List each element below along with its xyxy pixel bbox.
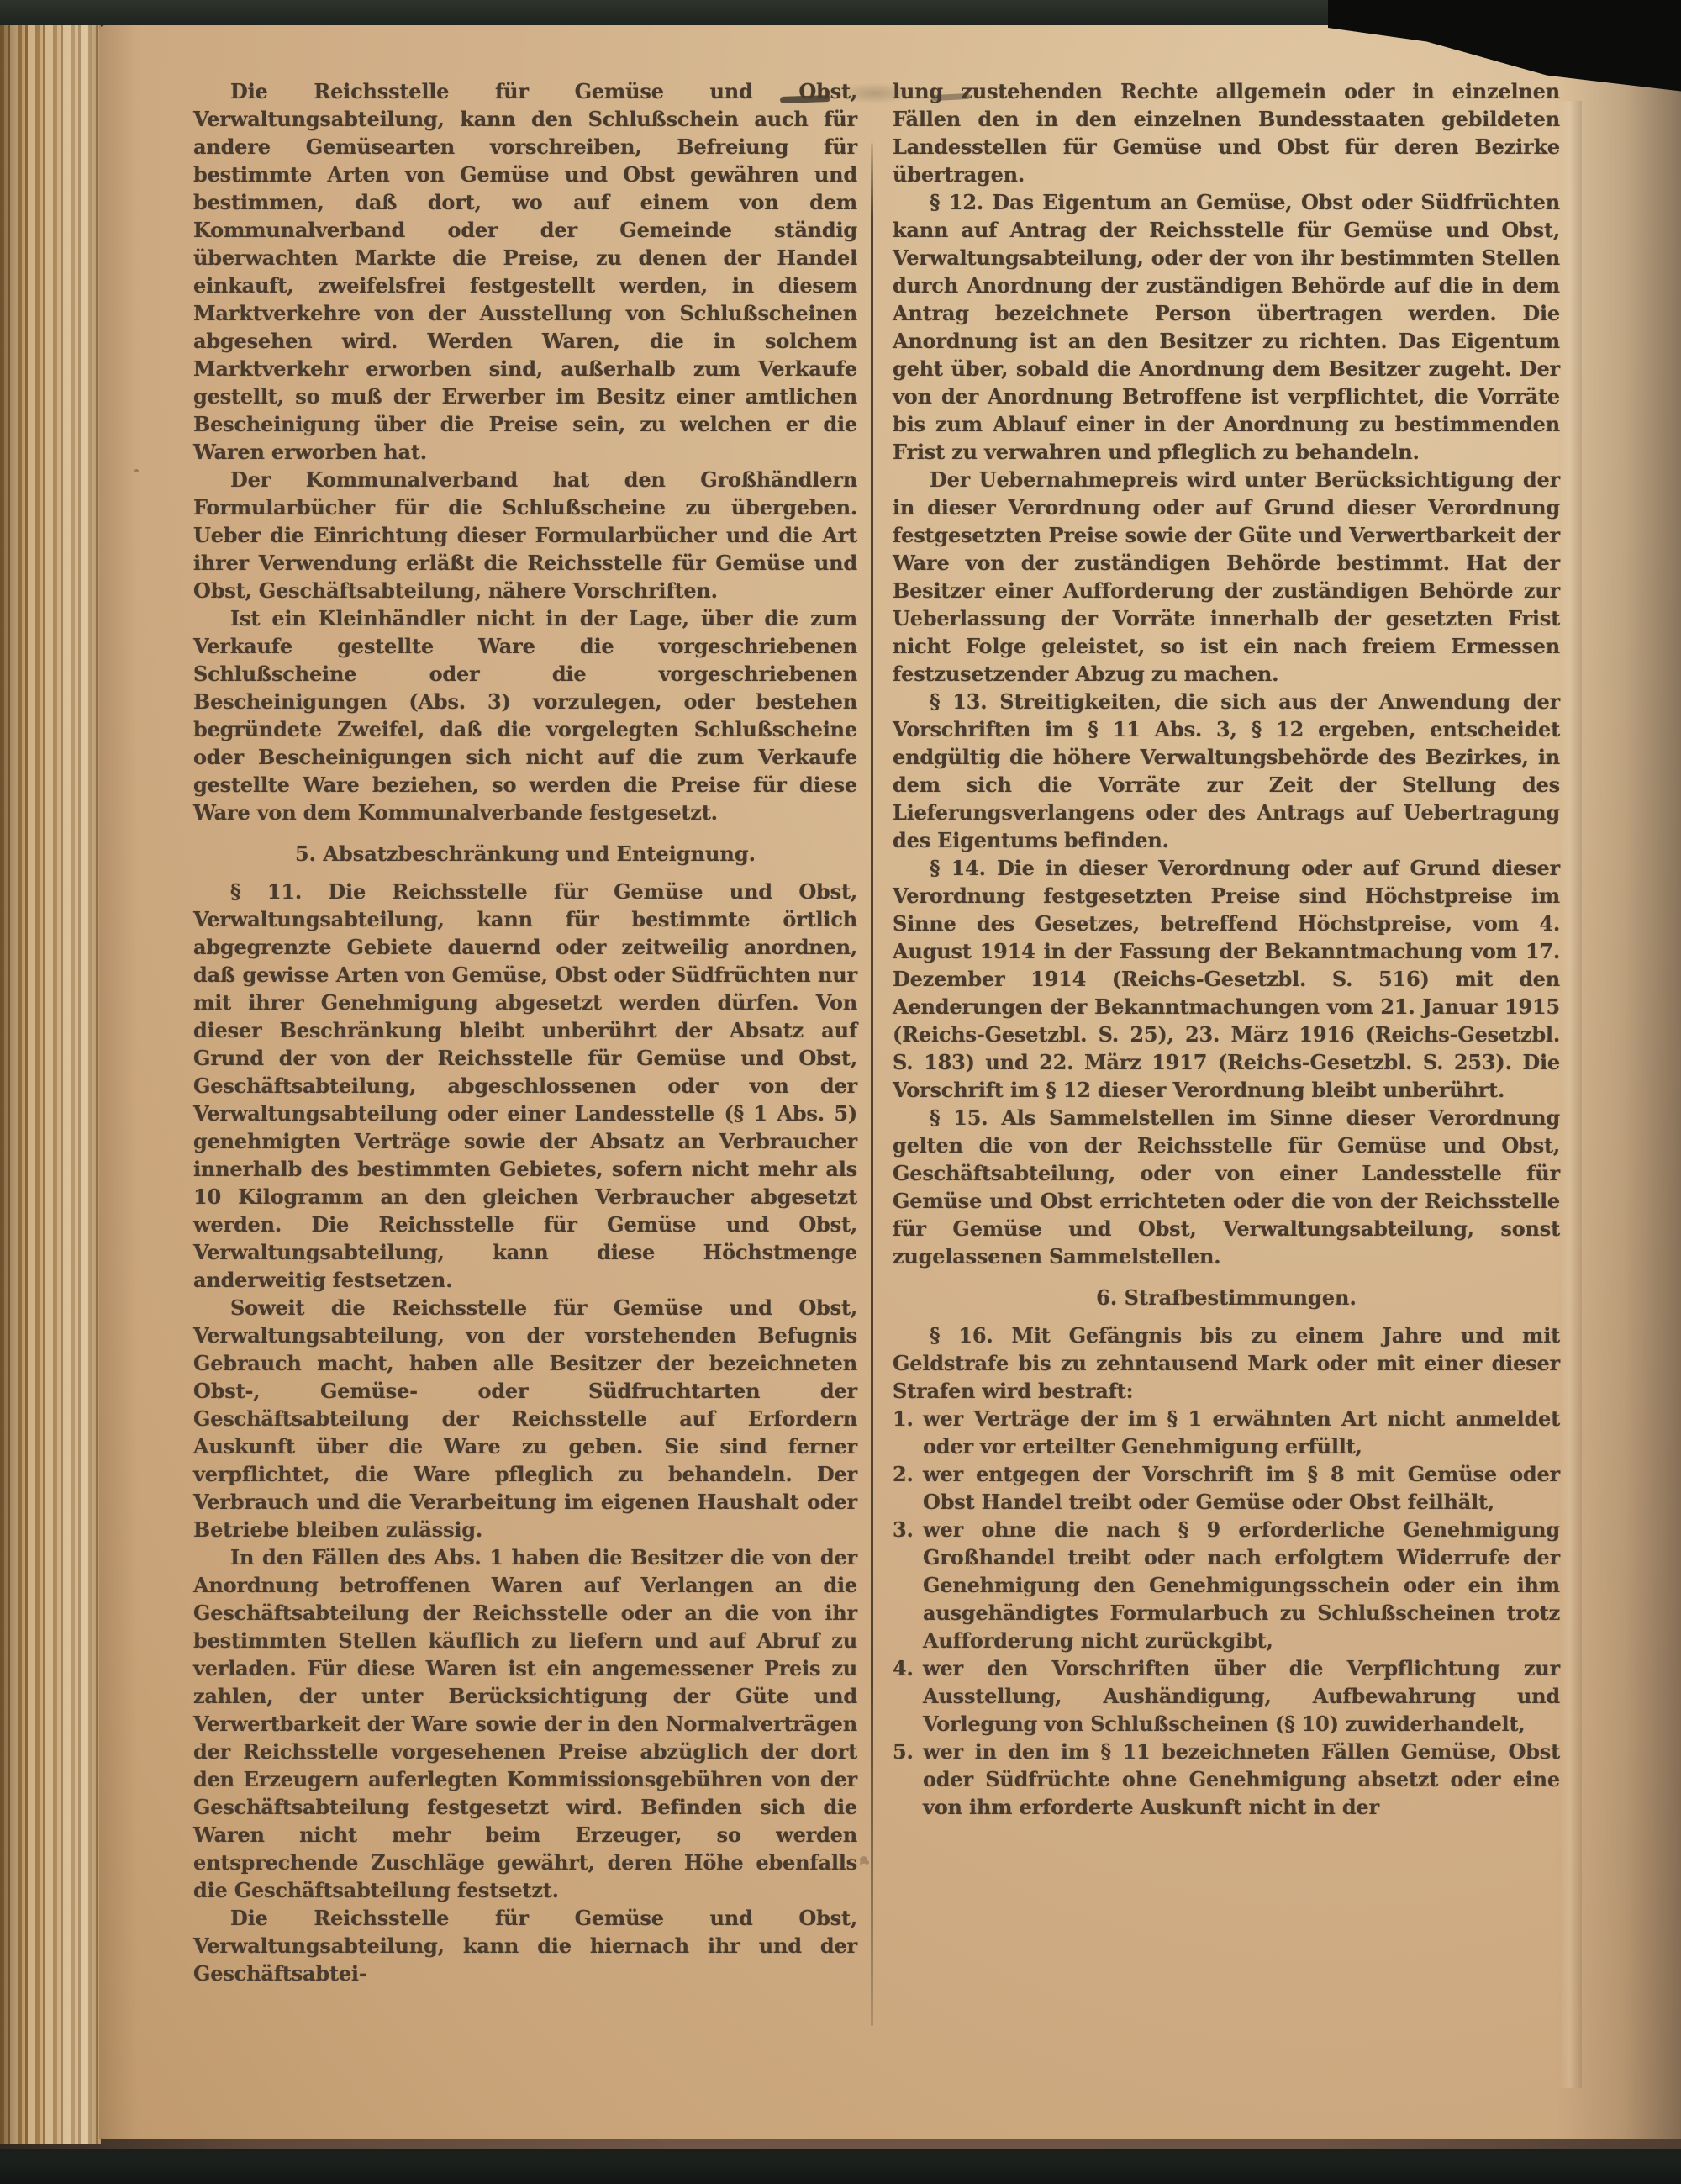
paragraph: Der Kommunalverband hat den Großhändlern… — [193, 466, 857, 604]
paragraph: § 12. Das Eigentum an Gemüse, Obst oder … — [893, 188, 1560, 466]
list-item: 5.wer in den im § 11 bezeichneten Fällen… — [893, 1738, 1560, 1821]
text-column-left: Die Reichsstelle für Gemüse und Obst, Ve… — [193, 77, 857, 1987]
paragraph: Ist ein Kleinhändler nicht in der Lage, … — [193, 604, 857, 826]
paragraph: § 14. Die in dieser Verordnung oder auf … — [893, 854, 1560, 1104]
scanned-book-photo: { "colors": { "paper": "#d1af88", "ink":… — [0, 0, 1681, 2184]
list-item-text: wer in den im § 11 bezeichneten Fällen G… — [923, 1738, 1560, 1821]
list-item: 4.wer den Vorschriften über die Verpflic… — [893, 1654, 1560, 1738]
paragraph: Soweit die Reichsstelle für Gemüse und O… — [193, 1294, 857, 1543]
paragraph: Die Reichsstelle für Gemüse und Obst, Ve… — [193, 1904, 857, 1987]
paragraph: Die Reichsstelle für Gemüse und Obst, Ve… — [193, 77, 857, 466]
list-item-text: wer ohne die nach § 9 erforderliche Gene… — [923, 1516, 1560, 1654]
section-heading: 5. Absatzbeschränkung und Enteignung. — [193, 840, 857, 868]
list-item: 1.wer Verträge der im § 1 erwähnten Art … — [893, 1405, 1560, 1460]
list-item-number: 1. — [893, 1405, 923, 1460]
paragraph: Der Uebernahmepreis wird unter Berücksic… — [893, 466, 1560, 688]
paragraph: § 15. Als Sammelstellen im Sinne dieser … — [893, 1104, 1560, 1270]
list-item: 2.wer entgegen der Vorschrift im § 8 mit… — [893, 1460, 1560, 1516]
page-curl-crease — [1560, 101, 1582, 2088]
book-page: Die Reichsstelle für Gemüse und Obst, Ve… — [99, 25, 1681, 2139]
book-page-edges — [0, 25, 101, 2144]
ink-speck — [860, 1856, 867, 1864]
paragraph: § 16. Mit Gefängnis bis zu einem Jahre u… — [893, 1321, 1560, 1405]
paragraph: § 13. Streitigkeiten, die sich aus der A… — [893, 688, 1560, 854]
list-item-number: 5. — [893, 1738, 923, 1821]
paragraph: In den Fällen des Abs. 1 haben die Besit… — [193, 1543, 857, 1904]
ink-speck — [134, 469, 139, 472]
list-item-text: wer den Vorschriften über die Verpflicht… — [923, 1654, 1560, 1738]
list-item-number: 3. — [893, 1516, 923, 1654]
list-item-text: wer Verträge der im § 1 erwähnten Art ni… — [923, 1405, 1560, 1460]
numbered-list: 1.wer Verträge der im § 1 erwähnten Art … — [893, 1405, 1560, 1821]
paragraph: lung zustehenden Rechte allgemein oder i… — [893, 77, 1560, 188]
list-item-text: wer entgegen der Vorschrift im § 8 mit G… — [923, 1460, 1560, 1516]
list-item-number: 4. — [893, 1654, 923, 1738]
text-column-right: lung zustehenden Rechte allgemein oder i… — [893, 77, 1560, 1821]
section-heading: 6. Strafbestimmungen. — [893, 1284, 1560, 1311]
list-item: 3.wer ohne die nach § 9 erforderliche Ge… — [893, 1516, 1560, 1654]
column-divider-rule — [871, 143, 873, 2026]
book-cover-bottom — [0, 2147, 1681, 2184]
paragraph: § 11. Die Reichsstelle für Gemüse und Ob… — [193, 878, 857, 1294]
list-item-number: 2. — [893, 1460, 923, 1516]
